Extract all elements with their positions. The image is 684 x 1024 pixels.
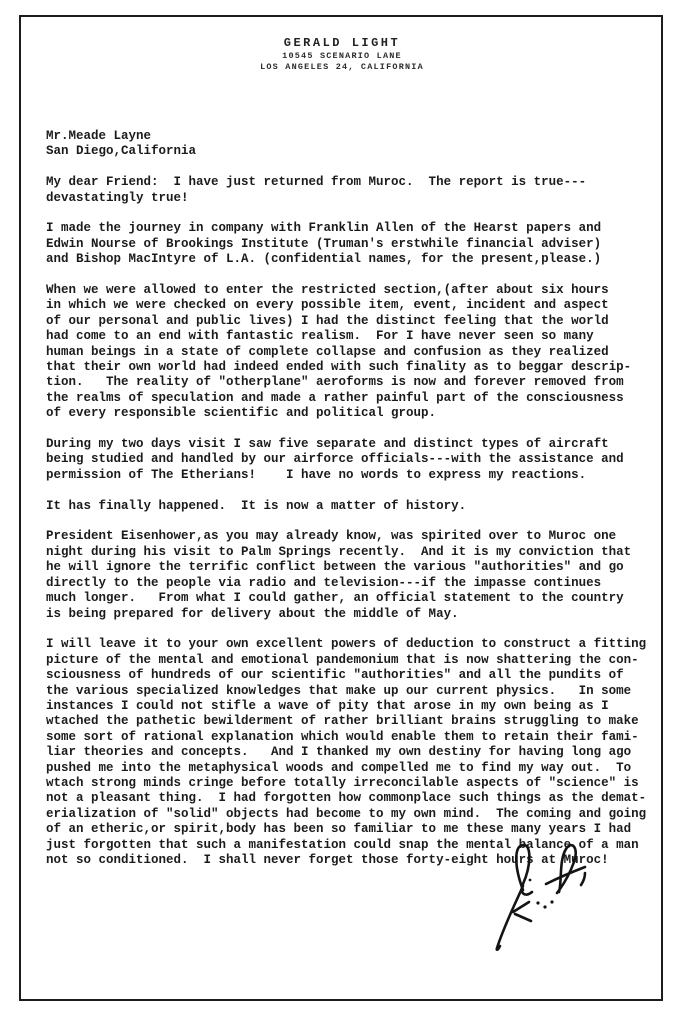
recipient-address: Mr.Meade Layne San Diego,California [46,129,652,160]
paragraph-aircraft: During my two days visit I saw five sepa… [46,437,652,483]
letterhead-address-line1: 10545 SCENARIO LANE [0,51,684,62]
paragraph-journey: I made the journey in company with Frank… [46,221,652,267]
paragraph-conclusion: I will leave it to your own excellent po… [46,637,652,868]
letterhead-address-line2: LOS ANGELES 24, CALIFORNIA [0,62,684,73]
scanned-letter-page: GERALD LIGHT 10545 SCENARIO LANE LOS ANG… [0,0,684,1024]
paragraph-salutation: My dear Friend: I have just returned fro… [46,175,652,206]
signature-scrawl [486,840,590,960]
paragraph-history: It has finally happened. It is now a mat… [46,499,652,514]
paragraph-restricted-section: When we were allowed to enter the restri… [46,283,652,422]
letterhead-name: GERALD LIGHT [0,36,684,51]
paragraph-eisenhower: President Eisenhower,as you may already … [46,529,652,621]
letterhead: GERALD LIGHT 10545 SCENARIO LANE LOS ANG… [0,36,684,73]
letter-body: Mr.Meade Layne San Diego,California My d… [46,129,652,884]
